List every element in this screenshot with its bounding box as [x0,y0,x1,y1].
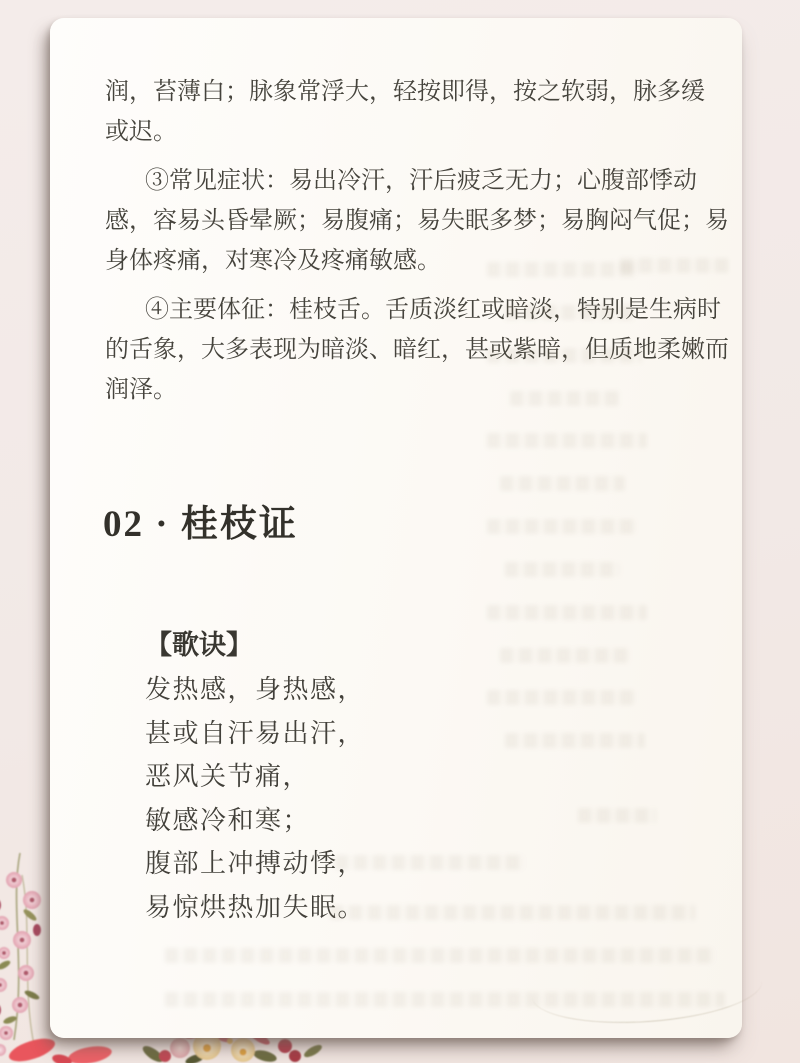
show-through-text [487,348,642,363]
show-through-text [505,305,635,320]
show-through-text [487,519,637,534]
show-through-text [335,855,525,870]
verse-heading: 【歌诀】 [145,625,365,665]
show-through-text [505,562,620,577]
text-line: 润泽。 [105,370,715,410]
verse-line: 敏感冷和寒； [145,799,365,843]
show-through-text [500,476,625,491]
show-through-text [487,690,637,705]
text-line: ③常见症状：易出冷汗，汗后疲乏无力；心腹部悸动 [105,161,715,201]
text-line: 润，苔薄白；脉象常浮大，轻按即得，按之软弱，脉多缓 [105,72,715,112]
verse-block: 【歌诀】 发热感，身热感， 甚或自汗易出汗， 恶风关节痛， 敏感冷和寒； 腹部上… [145,625,365,929]
show-through-text [500,648,630,663]
show-through-text [487,605,647,620]
verse-line: 甚或自汗易出汗， [145,712,365,756]
text-line: 或迟。 [105,112,715,152]
show-through-text [487,433,647,448]
verse-line: 腹部上冲搏动悸， [145,842,365,886]
verse-line: 恶风关节痛， [145,755,365,799]
book-page: 润，苔薄白；脉象常浮大，轻按即得，按之软弱，脉多缓 或迟。 ③常见症状：易出冷汗… [50,18,742,1038]
show-through-text [487,262,637,277]
show-through-text [505,733,645,748]
show-through-text [510,391,620,406]
verse-line: 发热感，身热感， [145,668,365,712]
show-through-text [578,808,656,823]
text-line: 感，容易头昏晕厥；易腹痛；易失眠多梦；易胸闷气促；易 [105,201,715,241]
section-heading: 02 · 桂枝证 [103,503,298,547]
paragraph: 润，苔薄白；脉象常浮大，轻按即得，按之软弱，脉多缓 或迟。 [105,72,715,152]
show-through-text [330,905,695,920]
photo-background: 润，苔薄白；脉象常浮大，轻按即得，按之软弱，脉多缓 或迟。 ③常见症状：易出冷汗… [0,0,800,1063]
